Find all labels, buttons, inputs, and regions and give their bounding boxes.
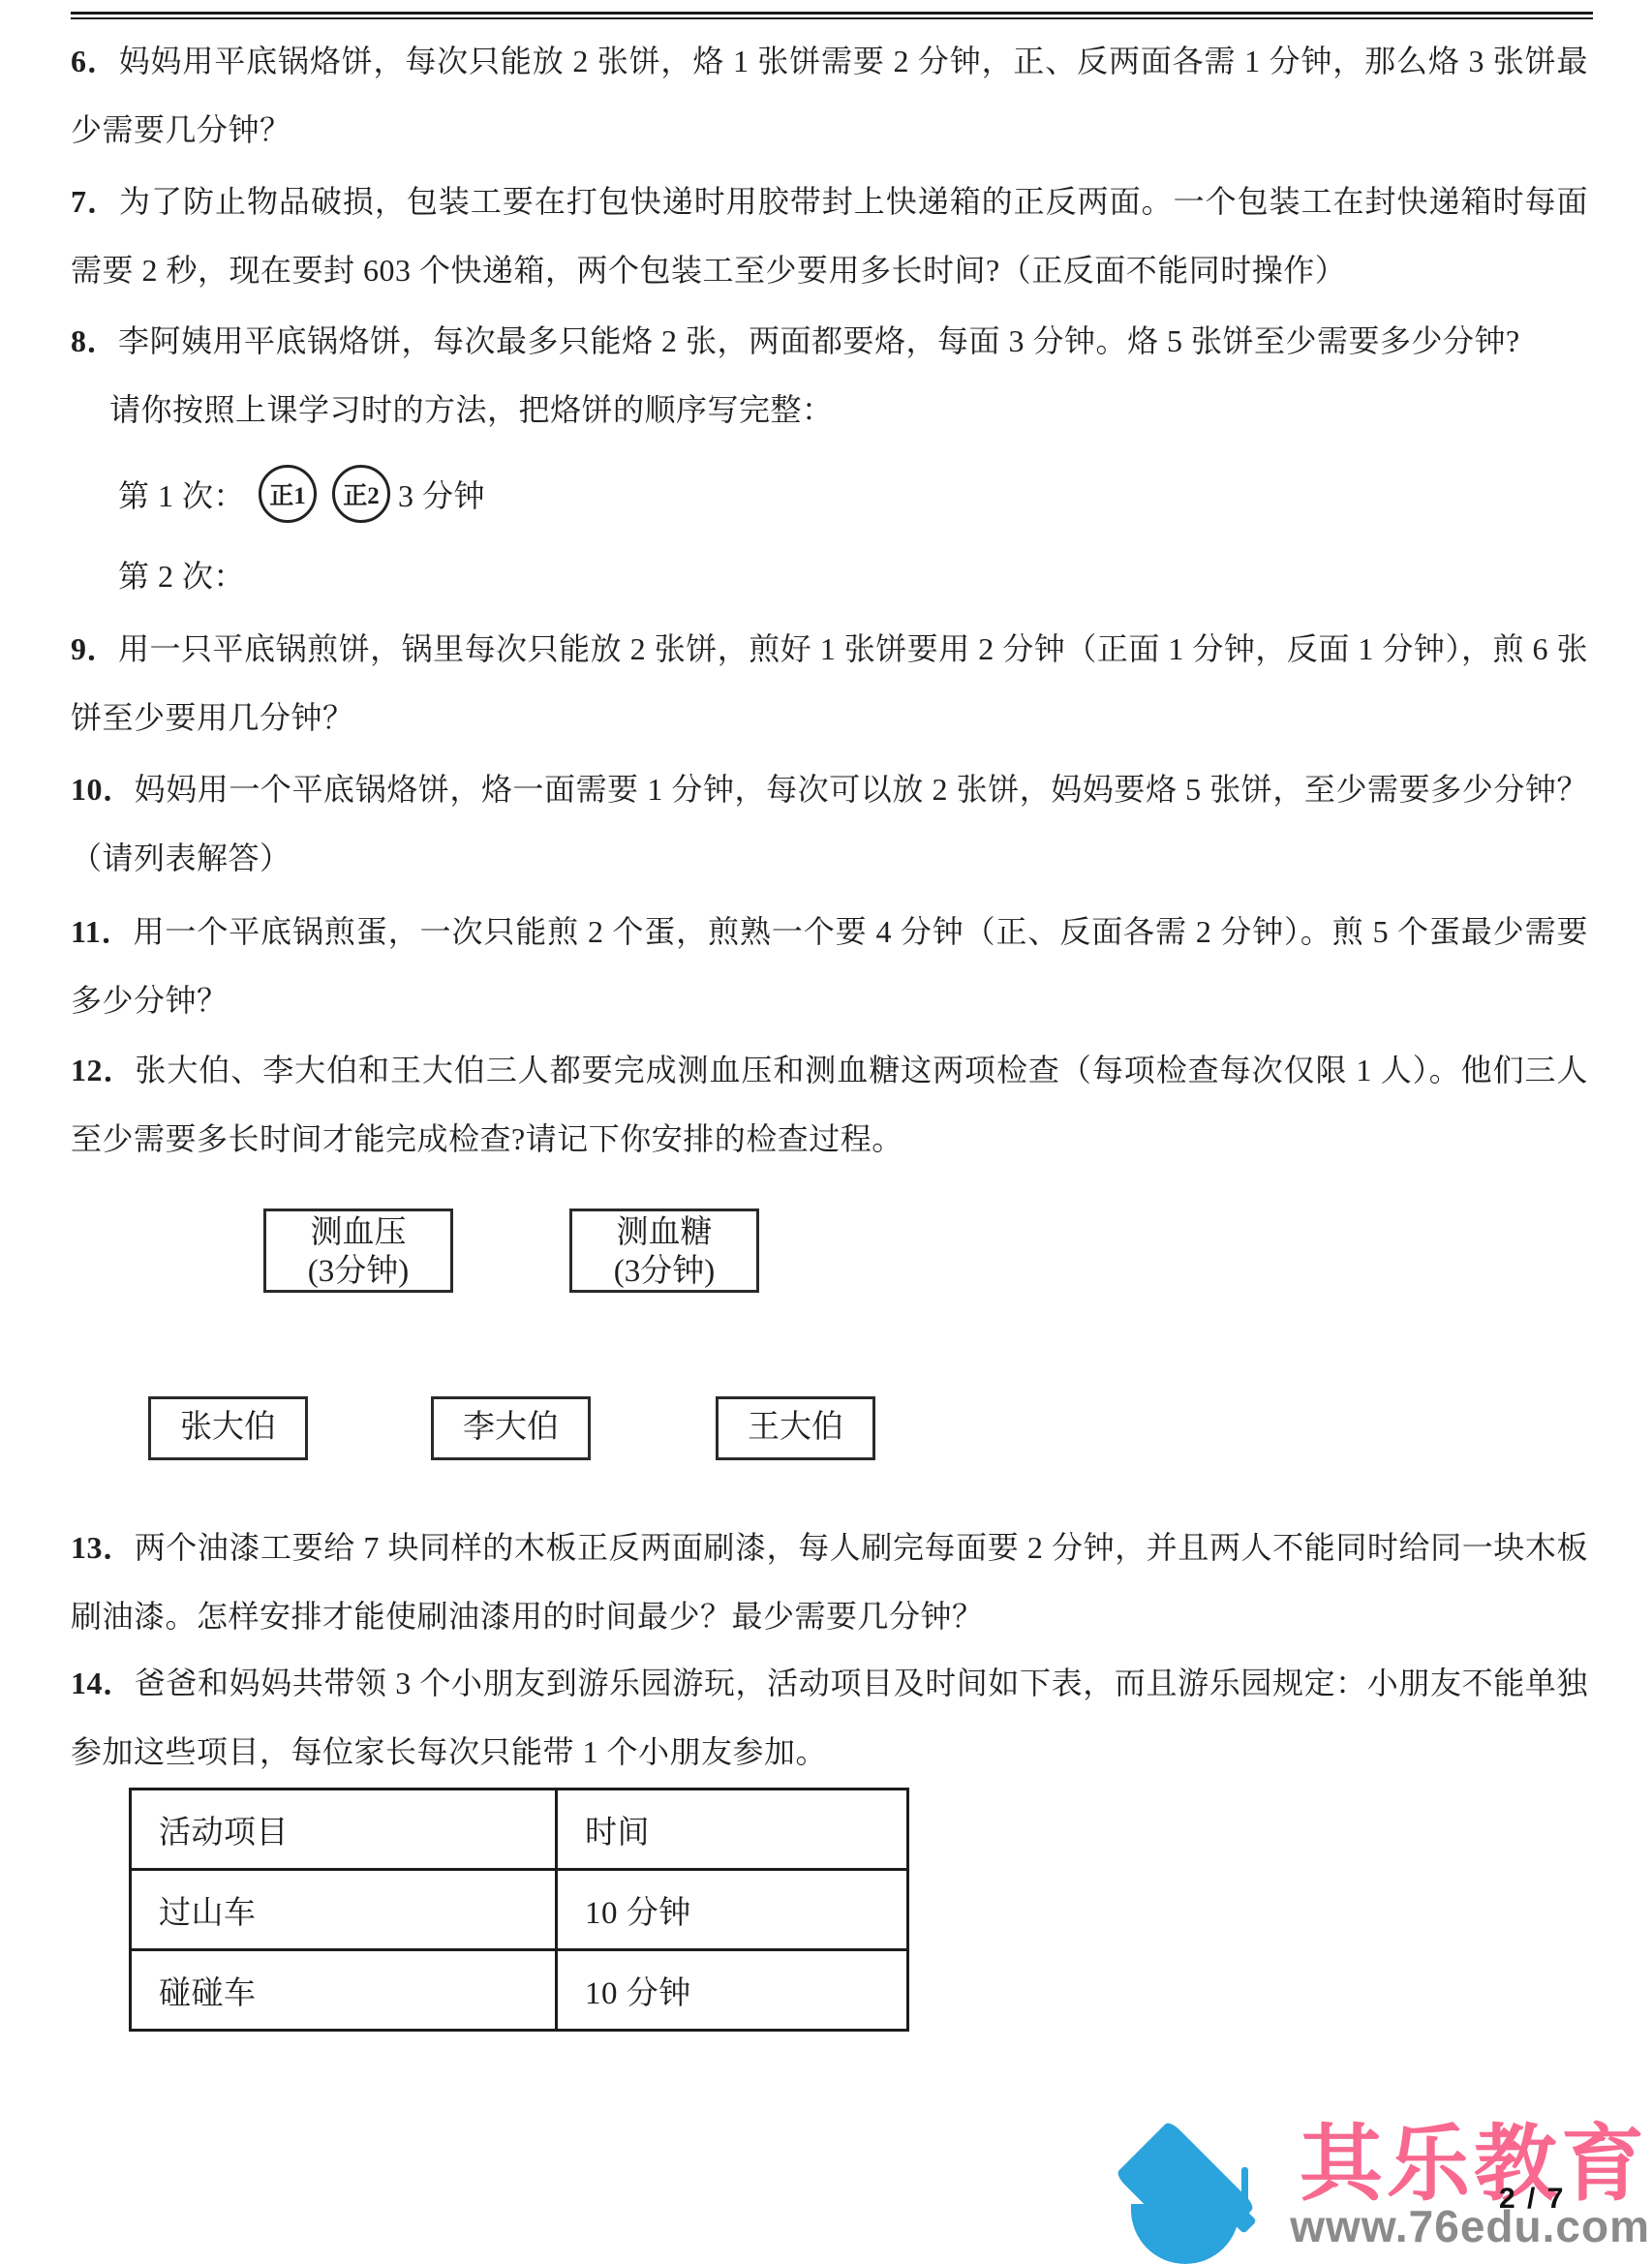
table-cell-activity: 过山车: [131, 1870, 557, 1950]
question-text: 为了防止物品破损，包装工要在打包快递时用胶带封上快递箱的正反两面。一个包装工在封…: [71, 184, 1588, 288]
task-title: 测血压: [266, 1213, 450, 1252]
question-6: 6．妈妈用平底锅烙饼，每次只能放 2 张饼，烙 1 张饼需要 2 分钟，正、反两…: [71, 27, 1588, 165]
question-number: 10．: [71, 772, 135, 807]
question-11: 11．用一个平底锅煎蛋，一次只能煎 2 个蛋，煎熟一个要 4 分钟（正、反面各需…: [71, 898, 1588, 1035]
question-text: 李阿姨用平底锅烙饼，每次最多只能烙 2 张，两面都要烙，每面 3 分钟。烙 5 …: [118, 323, 1520, 358]
q8-step1-label: 第 1 次：: [118, 472, 245, 516]
table-header-row: 活动项目 时间: [131, 1790, 908, 1870]
q12-person-box-zhang: 张大伯: [148, 1396, 308, 1460]
q12-task-box-blood-pressure: 测血压 (3分钟): [263, 1208, 453, 1293]
question-text: 用一只平底锅煎饼，锅里每次只能放 2 张饼，煎好 1 张饼要用 2 分钟（正面 …: [71, 631, 1588, 735]
q8-step1-duration: 3 分钟: [398, 472, 485, 516]
table-header-time: 时间: [557, 1790, 908, 1870]
task-duration: (3分钟): [266, 1252, 450, 1291]
brand-name: 其乐教育: [1300, 2123, 1648, 2206]
q12-person-box-li: 李大伯: [431, 1396, 591, 1460]
task-title: 测血糖: [572, 1213, 756, 1252]
question-10: 10．妈妈用一个平底锅烙饼，烙一面需要 1 分钟，每次可以放 2 张饼，妈妈要烙…: [71, 755, 1588, 893]
table-row: 过山车 10 分钟: [131, 1870, 908, 1950]
question-number: 12．: [71, 1053, 135, 1087]
question-9: 9．用一只平底锅煎饼，锅里每次只能放 2 张饼，煎好 1 张饼要用 2 分钟（正…: [71, 615, 1588, 752]
question-number: 13．: [71, 1530, 135, 1565]
q12-person-box-wang: 王大伯: [716, 1396, 875, 1460]
site-url: www.76edu.com: [1290, 2204, 1650, 2249]
question-text: 爸爸和妈妈共带领 3 个小朋友到游乐园游玩，活动项目及时间如下表，而且游乐园规定…: [71, 1666, 1588, 1769]
question-number: 8．: [71, 323, 118, 358]
question-number: 7．: [71, 184, 119, 219]
question-14: 14．爸爸和妈妈共带领 3 个小朋友到游乐园游玩，活动项目及时间如下表，而且游乐…: [71, 1649, 1588, 1787]
question-number: 6．: [71, 44, 119, 78]
q8-instruction: 请你按照上课学习时的方法，把烙饼的顺序写完整：: [109, 376, 834, 444]
question-number: 9．: [71, 631, 118, 666]
table-cell-activity: 碰碰车: [131, 1950, 557, 2031]
question-text: 妈妈用一个平底锅烙饼，烙一面需要 1 分钟，每次可以放 2 张饼，妈妈要烙 5 …: [71, 772, 1620, 875]
question-text: 两个油漆工要给 7 块同样的木板正反两面刷漆，每人刷完每面要 2 分钟，并且两人…: [71, 1530, 1588, 1634]
q12-task-box-blood-sugar: 测血糖 (3分钟): [569, 1208, 759, 1293]
worksheet-page: 6．妈妈用平底锅烙饼，每次只能放 2 张饼，烙 1 张饼需要 2 分钟，正、反两…: [0, 0, 1652, 2264]
question-8: 8．李阿姨用平底锅烙饼，每次最多只能烙 2 张，两面都要烙，每面 3 分钟。烙 …: [71, 307, 1588, 376]
question-7: 7．为了防止物品破损，包装工要在打包快递时用胶带封上快递箱的正反两面。一个包装工…: [71, 168, 1588, 305]
table-cell-time: 10 分钟: [557, 1950, 908, 2031]
question-text: 用一个平底锅煎蛋，一次只能煎 2 个蛋，煎熟一个要 4 分钟（正、反面各需 2 …: [71, 914, 1588, 1018]
question-12: 12．张大伯、李大伯和王大伯三人都要完成测血压和测血糖这两项检查（每项检查每次仅…: [71, 1036, 1588, 1174]
task-duration: (3分钟): [572, 1252, 756, 1291]
question-number: 11．: [71, 914, 134, 949]
table-cell-time: 10 分钟: [557, 1870, 908, 1950]
question-text: 张大伯、李大伯和王大伯三人都要完成测血压和测血糖这两项检查（每项检查每次仅限 1…: [71, 1053, 1588, 1156]
q8-step-2: 第 2 次：: [118, 542, 245, 611]
mortarboard-shape: [1115, 2120, 1256, 2261]
graduation-cap-icon: [1094, 2111, 1278, 2264]
question-text: 妈妈用平底锅烙饼，每次只能放 2 张饼，烙 1 张饼需要 2 分钟，正、反两面各…: [71, 44, 1588, 147]
header-rule: [71, 12, 1593, 19]
page-number: 2 / 7: [1499, 2185, 1565, 2214]
pancake-token-1-icon: 正1: [259, 465, 317, 523]
q8-step-1: 第 1 次： 正1 正2 3 分钟: [118, 455, 485, 533]
pancake-token-2-icon: 正2: [332, 465, 390, 523]
activity-table: 活动项目 时间 过山车 10 分钟 碰碰车 10 分钟: [129, 1788, 909, 2032]
question-number: 14．: [71, 1666, 135, 1700]
table-header-activity: 活动项目: [131, 1790, 557, 1870]
table-row: 碰碰车 10 分钟: [131, 1950, 908, 2031]
question-13: 13．两个油漆工要给 7 块同样的木板正反两面刷漆，每人刷完每面要 2 分钟，并…: [71, 1514, 1588, 1651]
